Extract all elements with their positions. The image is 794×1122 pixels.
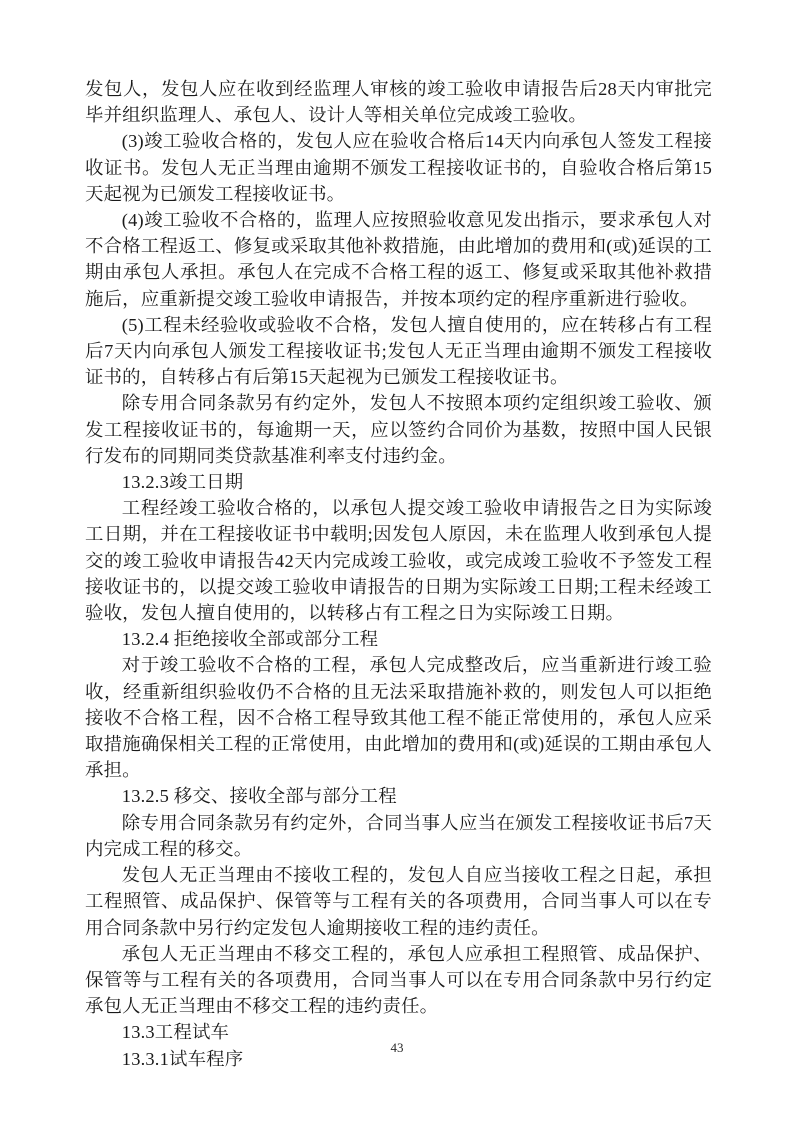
section-heading-13-2-5: 13.2.5 移交、接收全部与部分工程 (85, 783, 712, 809)
para-completion-date: 工程经竣工验收合格的，以承包人提交竣工验收申请报告之日为实际竣工日期，并在工程接… (85, 495, 712, 626)
page-number: 43 (0, 1040, 794, 1056)
para-rejection-of-works: 对于竣工验收不合格的工程，承包人完成整改后，应当重新进行竣工验收，经重新组织验收… (85, 652, 712, 783)
clause-item-3: (3)竣工验收合格的，发包人应在验收合格后14天内向承包人签发工程接收证书。发包… (85, 128, 712, 207)
section-heading-13-2-4: 13.2.4 拒绝接收全部或部分工程 (85, 626, 712, 652)
clause-penalty: 除专用合同条款另有约定外，发包人不按照本项约定组织竣工验收、颁发工程接收证书的，… (85, 390, 712, 469)
document-page: 发包人，发包人应在收到经监理人审核的竣工验收申请报告后28天内审批完毕并组织监理… (0, 0, 794, 1122)
clause-item-4: (4)竣工验收不合格的，监理人应按照验收意见发出指示，要求承包人对不合格工程返工… (85, 207, 712, 312)
para-contractor-refusal: 承包人无正当理由不移交工程的，承包人应承担工程照管、成品保护、保管等与工程有关的… (85, 941, 712, 1020)
para-employer-refusal: 发包人无正当理由不接收工程的，发包人自应当接收工程之日起，承担工程照管、成品保护… (85, 862, 712, 941)
contract-text-block: 发包人，发包人应在收到经监理人审核的竣工验收申请报告后28天内审批完毕并组织监理… (85, 76, 712, 1072)
paragraph-continuation: 发包人，发包人应在收到经监理人审核的竣工验收申请报告后28天内审批完毕并组织监理… (85, 76, 712, 128)
clause-item-5: (5)工程未经验收或验收不合格，发包人擅自使用的，应在转移占有工程后7天内向承包… (85, 312, 712, 391)
para-handover-time: 除专用合同条款另有约定外，合同当事人应当在颁发工程接收证书后7天内完成工程的移交… (85, 810, 712, 862)
section-heading-13-2-3: 13.2.3竣工日期 (85, 469, 712, 495)
